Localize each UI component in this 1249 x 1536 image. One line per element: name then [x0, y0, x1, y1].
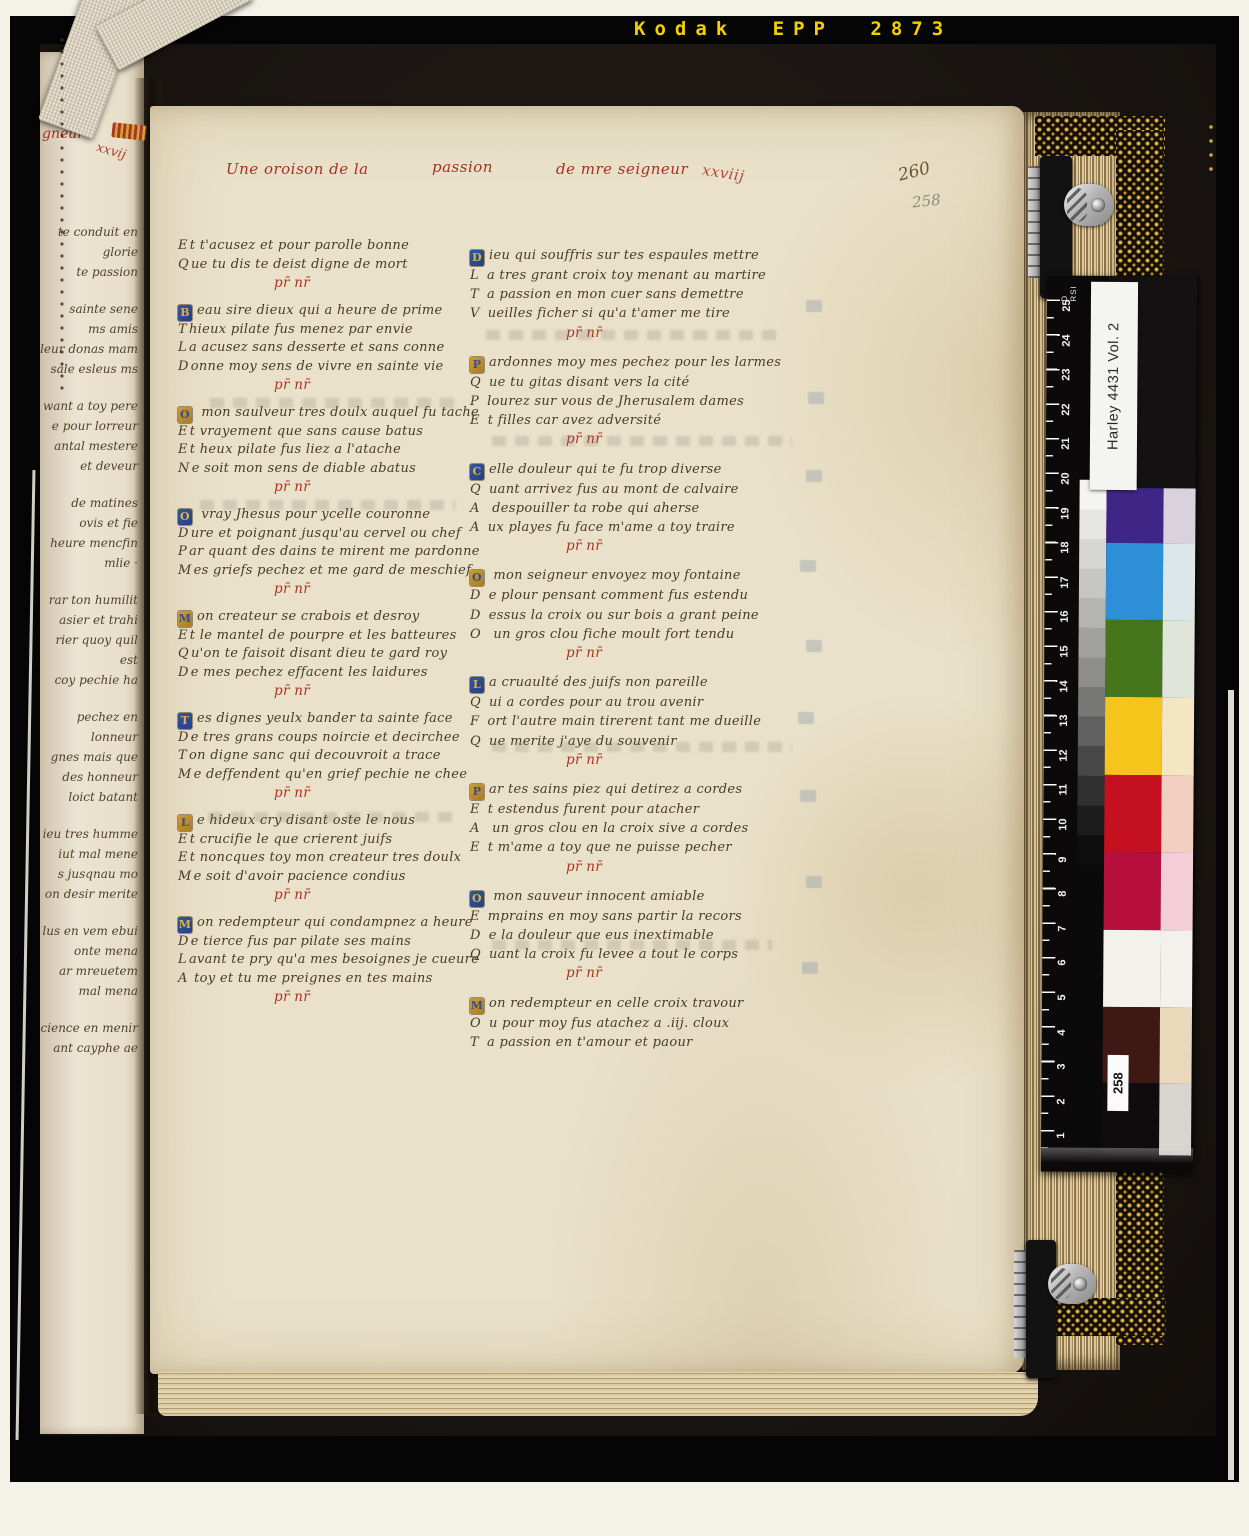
ruler-number: 23 — [1060, 363, 1072, 387]
film-edge-highlight-right — [1228, 690, 1234, 1480]
verse-cap: E — [178, 442, 188, 457]
verse-text: a acusez sans desserte et sans conne — [189, 340, 445, 355]
verse-stanza: La cruaulté des juifs non pareilleQui a … — [470, 673, 830, 770]
showthrough-line — [208, 812, 458, 822]
verse-cap: A — [470, 501, 480, 516]
verse-text: t heux pilate fus liez a l'atache — [190, 442, 401, 457]
color-calibration-bar: D RSI 2524232221201918171615141312111098… — [1041, 275, 1199, 1172]
patch-red — [1104, 775, 1162, 852]
verse-cap: D — [470, 928, 481, 943]
verse-cap: Q — [470, 947, 481, 962]
fragment-line: gnes mais que — [34, 747, 138, 767]
fragment-line: et deveur — [34, 456, 138, 476]
clip-rivet — [1073, 1277, 1087, 1291]
ruler-number: 17 — [1059, 570, 1071, 594]
patch-white — [1160, 930, 1193, 1007]
verse-cap: T — [178, 748, 187, 763]
fragment-line: ieu tres humme — [34, 824, 138, 844]
verse-line: Et vrayement que sans cause batus — [178, 423, 478, 442]
facing-page-text-fragments: te conduit en gloriete passionsainte sen… — [34, 222, 138, 1075]
fragment-group: lus en vem ebuionte menaar mreuetemmal m… — [34, 921, 138, 1001]
fragment-line: e pour lorreur — [34, 416, 138, 436]
verse-stanza: Tes dignes yeulx bander ta sainte faceDe… — [178, 710, 478, 803]
refrain-pater-noster: pr̄ nr̄ — [274, 784, 478, 803]
verse-text: un gros clou fiche moult fort tendu — [489, 627, 734, 642]
verse-text: lourez sur vous de Jherusalem dames — [487, 394, 744, 409]
verse-text: ardonnes moy mes pechez pour les larmes — [489, 355, 781, 370]
verse-cap: M — [178, 869, 192, 884]
ruler-number: 20 — [1060, 467, 1072, 491]
verse-line: Et crucifie le que crierent juifs — [178, 831, 478, 850]
verse-line: Ta passion en mon cuer sans demettre — [470, 285, 830, 304]
verse-line: Dieu qui souffris sur tes espaules mettr… — [470, 246, 830, 266]
verse-line: A despouiller ta robe qui aherse — [470, 499, 830, 518]
showthrough-mark — [800, 560, 816, 572]
verse-text: e tierce fus par pilate ses mains — [191, 934, 411, 949]
showthrough-line — [486, 330, 776, 340]
verse-line: A toy et tu me preignes en tes mains — [178, 970, 478, 989]
verse-cap: D — [178, 359, 189, 374]
verse-text: es griefs pechez et me gard de meschief — [194, 563, 472, 578]
verse-line: Mon redempteur en celle croix travour — [470, 994, 830, 1014]
verse-cap: E — [470, 802, 480, 817]
fragment-group: rar ton humilitasier et trahirier quoy q… — [34, 590, 138, 690]
patch-blue — [1163, 543, 1196, 620]
verse-stanza: O mon saulveur tres doulx auquel fu tach… — [178, 404, 478, 497]
verse-text: e plour pensant comment fus estendu — [489, 588, 748, 603]
illuminated-initial: M — [178, 917, 192, 933]
fragment-line: te conduit en glorie — [34, 222, 138, 262]
refrain-pater-noster: pr̄ nr̄ — [566, 964, 830, 983]
verse-line: Que tu gitas disant vers la cité — [470, 373, 830, 392]
showthrough-mark — [806, 300, 822, 312]
verse-line: Et estendus furent pour atacher — [470, 800, 830, 819]
verse-line: Et le mantel de pourpre et les batteures — [178, 627, 478, 646]
verse-text: avant te pry qu'a mes besoignes je cueur… — [189, 952, 479, 967]
illuminated-initial: C — [470, 464, 484, 480]
verse-line: Tes dignes yeulx bander ta sainte face — [178, 710, 478, 729]
verse-line: Me deffendent qu'en grief pechie ne chee — [178, 766, 478, 785]
verse-text: on redempteur qui condampnez a heure — [197, 915, 473, 930]
fragment-line: ovis et fie — [34, 513, 138, 533]
ruler-number: 5 — [1056, 986, 1068, 1010]
verse-stanza: O mon seigneur envoyez moy fontaineDe pl… — [470, 566, 830, 663]
verse-cap: Q — [470, 734, 481, 749]
patch-crimson — [1161, 852, 1194, 930]
verse-text: on redempteur en celle croix travour — [489, 996, 744, 1011]
verse-line: La acusez sans desserte et sans conne — [178, 339, 478, 358]
verse-line: De tierce fus par pilate ses mains — [178, 933, 478, 952]
fragment-group: te conduit en gloriete passion — [34, 222, 138, 282]
verse-text: e deffendent qu'en grief pechie ne chee — [194, 767, 468, 782]
ruler-number: 2 — [1055, 1089, 1067, 1113]
showthrough-mark — [798, 712, 814, 724]
verse-line: Mon createur se crabois et desroy — [178, 608, 478, 627]
verse-line: Celle douleur qui te fu trop diverse — [470, 460, 830, 480]
refrain-pater-noster: pr̄ nr̄ — [274, 580, 478, 599]
verse-text: mprains en moy sans partir la recors — [488, 909, 742, 924]
fragment-line: onte mena — [34, 941, 138, 961]
verse-line: A un gros clou en la croix sive a cordes — [470, 819, 830, 838]
verse-cap: N — [178, 461, 190, 476]
verse-cap: E — [470, 840, 480, 855]
verse-line: O un gros clou fiche moult fort tendu — [470, 625, 830, 644]
ruler-number: 25 — [1061, 294, 1073, 318]
verse-text: t t'acusez et pour parolle bonne — [190, 238, 409, 253]
verse-cap: A — [470, 821, 480, 836]
verse-text: hieux pilate fus menez par envie — [189, 322, 413, 337]
verse-line: De plour pensant comment fus estendu — [470, 586, 830, 605]
fragment-line: mal mena — [34, 981, 138, 1001]
fragment-group: sainte senems amisleur donas mamsale esl… — [34, 299, 138, 379]
verse-cap: L — [470, 268, 479, 283]
verse-text: u pour moy fus atachez a .iij. cloux — [489, 1016, 729, 1031]
binder-clip-bottom-bar — [1014, 1250, 1026, 1358]
fragment-group: want a toy peree pour lorreurantal meste… — [34, 396, 138, 476]
verse-line: Ou pour moy fus atachez a .iij. cloux — [470, 1014, 830, 1033]
verse-cap: Q — [470, 375, 481, 390]
verse-line: Vueilles ficher si qu'a t'amer me tire — [470, 304, 830, 323]
verse-line: Thieux pilate fus menez par envie — [178, 321, 478, 340]
fragment-line: pechez en lonneur — [34, 707, 138, 747]
pale-patch-column — [1159, 276, 1197, 1155]
verse-text: ui a cordes pour au trou avenir — [489, 695, 703, 710]
ruler-number: 8 — [1057, 882, 1069, 906]
verse-cap: L — [178, 340, 187, 355]
refrain-pater-noster: pr̄ nr̄ — [274, 274, 478, 293]
fragment-line: des honneur — [34, 767, 138, 787]
illuminated-initial: O — [178, 509, 192, 525]
verse-line: Plourez sur vous de Jherusalem dames — [470, 392, 830, 411]
fragment-group: ieu tres hummeiut mal menes jusqnau moon… — [34, 824, 138, 904]
verse-line: Et t'acusez et pour parolle bonne — [178, 237, 478, 256]
refrain-pater-noster: pr̄ nr̄ — [274, 478, 478, 497]
showthrough-mark — [808, 392, 824, 404]
refrain-pater-noster: pr̄ nr̄ — [274, 886, 478, 905]
illuminated-initial: M — [178, 611, 192, 627]
verse-stanza: Mon createur se crabois et desroyEt le m… — [178, 608, 478, 701]
verse-line: Et noncques toy mon createur tres doulx — [178, 849, 478, 868]
verse-text: toy et tu me preignes en tes mains — [190, 971, 433, 986]
verse-cap: Q — [470, 695, 481, 710]
verse-cap: M — [178, 767, 192, 782]
verse-line: O mon sauveur innocent amiable — [470, 887, 830, 907]
verse-cap: P — [178, 544, 187, 559]
manuscript-photo-scene: Kodak EPP 2873 Une oroison de la passion… — [0, 0, 1249, 1536]
verse-text: eau sire dieux qui a heure de prime — [197, 303, 443, 318]
verse-text: un gros clou en la croix sive a cordes — [488, 821, 749, 836]
verse-line: Ne soit mon sens de diable abatus — [178, 460, 478, 479]
verse-text: t noncques toy mon createur tres doulx — [190, 850, 462, 865]
refrain-pater-noster: pr̄ nr̄ — [566, 537, 830, 556]
verse-line: Aux playes fu face m'ame a toy traire — [470, 518, 830, 537]
ruler-number: 9 — [1057, 847, 1069, 871]
verse-line: Dure et poignant jusqu'au cervel ou chef — [178, 525, 478, 544]
verse-line: Par quant des dains te mirent me pardonn… — [178, 543, 478, 562]
verse-stanza: Et t'acusez et pour parolle bonneQue tu … — [178, 237, 478, 293]
verse-line: Fort l'autre main tirerent tant me dueil… — [470, 712, 830, 731]
ruler-number: 7 — [1056, 916, 1068, 940]
ruler-number: 22 — [1060, 397, 1072, 421]
verse-cap: D — [178, 526, 189, 541]
patch-purple — [1163, 488, 1195, 543]
verse-text: a passion en t'amour et paour — [487, 1035, 693, 1050]
ruler-number: 10 — [1057, 813, 1069, 837]
clip-rivet — [1091, 198, 1105, 212]
verse-line: Mes griefs pechez et me gard de meschief — [178, 562, 478, 581]
verse-stanza: O vray Jhesus pour ycelle couronneDure e… — [178, 506, 478, 599]
patch-white — [1103, 930, 1161, 1007]
verse-text: ux playes fu face m'ame a toy traire — [488, 520, 735, 535]
verse-cap: E — [178, 424, 188, 439]
verse-text: on createur se crabois et desroy — [197, 609, 419, 624]
verse-text: a cruaulté des juifs non pareille — [489, 675, 708, 690]
ruler-number: 16 — [1059, 605, 1071, 629]
verse-cap: F — [470, 714, 479, 729]
fragment-line: ar mreuetem — [34, 961, 138, 981]
fragment-line: ms amis — [34, 319, 138, 339]
verse-cap: O — [470, 1016, 481, 1031]
showthrough-mark — [802, 962, 818, 974]
showthrough-mark — [806, 876, 822, 888]
fragment-line: asier et trahi — [34, 610, 138, 630]
verse-text: t crucifie le que crierent juifs — [190, 832, 393, 847]
verse-line: Qui a cordes pour au trou avenir — [470, 693, 830, 712]
verse-cap: E — [178, 850, 188, 865]
verse-cap: L — [178, 952, 187, 967]
verse-text: ort l'autre main tirerent tant me dueill… — [487, 714, 761, 729]
verse-text: essus la croix ou sur bois a grant peine — [489, 608, 759, 623]
verse-line: La cruaulté des juifs non pareille — [470, 673, 830, 693]
verse-text: ue tu dis te deist digne de mort — [191, 257, 408, 272]
verse-text: ieu qui souffris sur tes espaules mettre — [489, 248, 759, 263]
verse-line: De mes pechez effacent les laidures — [178, 664, 478, 683]
verse-text: mon sauveur innocent amiable — [489, 889, 705, 904]
fragment-line: coy pechie ha — [34, 670, 138, 690]
verse-cap: E — [178, 238, 188, 253]
fragment-group: pechez en lonneurgnes mais quedes honneu… — [34, 707, 138, 807]
verse-text: e tres grans coups noircie et decirchee — [191, 730, 460, 745]
fragment-group: de matinesovis et fieheure mencfinmlie · — [34, 493, 138, 573]
verse-line: Ton digne sanc qui decouvroit a trace — [178, 747, 478, 766]
verse-cap: D — [470, 588, 481, 603]
verse-cap: E — [178, 628, 188, 643]
verse-cap: A — [470, 520, 480, 535]
verse-text: e mes pechez effacent les laidures — [191, 665, 428, 680]
bar-gloss-reflection — [1041, 1147, 1193, 1162]
verse-text: elle douleur qui te fu trop diverse — [489, 462, 722, 477]
patch-black — [1159, 1083, 1192, 1155]
verse-cap: E — [178, 832, 188, 847]
verse-line: Pardonnes moy mes pechez pour les larmes — [470, 353, 830, 373]
clip-handle-texture — [1051, 1268, 1071, 1300]
verse-text: despouiller ta robe qui aherse — [488, 501, 700, 516]
showthrough-line — [492, 742, 792, 752]
verse-line: Et m'ame a toy que ne puisse pecher — [470, 838, 830, 857]
verse-text: t vrayement que sans cause batus — [190, 424, 423, 439]
fragment-line: rar ton humilit — [34, 590, 138, 610]
illuminated-initial: L — [470, 677, 484, 693]
verse-cap: T — [470, 1035, 479, 1050]
fragment-line: rier quoy quil est — [34, 630, 138, 670]
ruler-number: 6 — [1056, 951, 1068, 975]
gold-specks — [1206, 120, 1216, 178]
ruler-number: 19 — [1059, 501, 1071, 525]
verse-line: Et filles car avez adversité — [470, 411, 830, 430]
fragment-line: mlie · — [34, 553, 138, 573]
illuminated-initial: P — [470, 784, 484, 800]
illuminated-initial: L — [178, 815, 192, 831]
verse-text: on digne sanc qui decouvroit a trace — [189, 748, 441, 763]
verse-cap: V — [470, 306, 480, 321]
verse-line: La tres grant croix toy menant au martir… — [470, 266, 830, 285]
ruler-number: 11 — [1057, 778, 1069, 802]
verse-text: ar tes sains piez qui detirez a cordes — [489, 782, 742, 797]
ruler-number: 18 — [1059, 536, 1071, 560]
ruler-number: 3 — [1056, 1055, 1068, 1079]
folio-number-pencil: 258 — [911, 191, 941, 212]
ruler-number: 14 — [1058, 674, 1070, 698]
patch-green — [1105, 620, 1163, 697]
binder-clip-top-handle — [1064, 184, 1114, 226]
verse-text: mon seigneur envoyez moy fontaine — [489, 568, 741, 583]
verse-text: t le mantel de pourpre et les batteures — [190, 628, 457, 643]
patch-crimson — [1104, 852, 1162, 930]
illuminated-initial: M — [470, 998, 484, 1014]
verse-text: t estendus furent pour atacher — [488, 802, 699, 817]
ruler-number: 13 — [1058, 709, 1070, 733]
verse-text: t m'ame a toy que ne puisse pecher — [488, 840, 732, 855]
refrain-pater-noster: pr̄ nr̄ — [566, 644, 830, 663]
verse-text: es dignes yeulx bander ta sainte face — [197, 711, 453, 726]
fragment-line: loict batant — [34, 787, 138, 807]
ruler-number: 12 — [1058, 743, 1070, 767]
patch-blue — [1106, 543, 1164, 620]
film-stock-label: Kodak EPP 2873 — [634, 18, 952, 40]
verse-text: e soit d'avoir pacience condius — [194, 869, 406, 884]
pricking-holes — [57, 34, 67, 390]
patch-yellow — [1105, 697, 1163, 775]
rubric-part1: Une oroison de la — [226, 160, 369, 178]
verse-cap: A — [178, 971, 188, 986]
verse-column-left: Et t'acusez et pour parolle bonneQue tu … — [178, 237, 478, 1016]
ruler-number: 21 — [1060, 432, 1072, 456]
fragment-line: cience en menir — [34, 1018, 138, 1038]
fragment-line: de matines — [34, 493, 138, 513]
verse-text: a passion en mon cuer sans demettre — [487, 287, 744, 302]
verse-text: u'on te faisoit disant dieu te gard roy — [191, 646, 447, 661]
verse-cap: Q — [178, 646, 189, 661]
showthrough-line — [492, 436, 792, 446]
verse-line: De tres grans coups noircie et decirchee — [178, 729, 478, 748]
illuminated-initial: D — [470, 250, 484, 266]
verse-stanza: Le hideux cry disant oste le nousEt cruc… — [178, 812, 478, 905]
verse-cap: E — [470, 909, 480, 924]
ruler-number: 1 — [1055, 1124, 1067, 1148]
verse-cap: D — [178, 730, 189, 745]
verse-line: Donne moy sens de vivre en sainte vie — [178, 358, 478, 377]
illuminated-initial: B — [178, 305, 192, 321]
fragment-line: s jusqnau mo — [34, 864, 138, 884]
verse-text: uant arrivez fus au mont de calvaire — [489, 482, 739, 497]
verse-text: ar quant des dains te mirent me pardonne — [189, 544, 480, 559]
verse-line: Ta passion en t'amour et paour — [470, 1033, 830, 1052]
fragment-line: sale esleus ms — [34, 359, 138, 379]
illuminated-initial: T — [178, 713, 192, 729]
verse-line: Me soit d'avoir pacience condius — [178, 868, 478, 887]
verse-cap: Q — [470, 482, 481, 497]
verse-stanza: Beau sire dieux qui a heure de primeThie… — [178, 302, 478, 395]
patch-yellow — [1162, 697, 1195, 775]
fragment-line: want a toy pere — [34, 396, 138, 416]
verse-stanza: O mon sauveur innocent amiableEmprains e… — [470, 887, 830, 984]
bar-folio-label: 258 — [1107, 1055, 1128, 1111]
clip-handle-texture — [1067, 188, 1087, 222]
verse-cap: E — [470, 413, 480, 428]
binder-clip-bottom-handle — [1048, 1264, 1096, 1304]
verse-line: Qu'on te faisoit disant dieu te gard roy — [178, 645, 478, 664]
refrain-pater-noster: pr̄ nr̄ — [274, 376, 478, 395]
verse-stanza: Dieu qui souffris sur tes espaules mettr… — [470, 246, 830, 343]
verse-line: Emprains en moy sans partir la recors — [470, 907, 830, 926]
illuminated-initial: O — [470, 891, 484, 907]
showthrough-mark — [806, 470, 822, 482]
fragment-line: on desir merite — [34, 884, 138, 904]
verse-line: O mon seigneur envoyez moy fontaine — [470, 566, 830, 586]
illuminated-initial: O — [470, 570, 484, 586]
verse-text: ue tu gitas disant vers la cité — [489, 375, 690, 390]
verse-line: Et heux pilate fus liez a l'atache — [178, 441, 478, 460]
rubric-part2: passion — [432, 158, 493, 176]
patch-green — [1162, 620, 1195, 697]
verse-cap: T — [470, 287, 479, 302]
illuminated-initial: P — [470, 357, 484, 373]
verse-cap: D — [178, 665, 189, 680]
showthrough-line — [200, 500, 455, 510]
verse-cap: T — [178, 322, 187, 337]
verse-cap: O — [470, 627, 481, 642]
patch-black-top — [1164, 276, 1197, 488]
shelfmark-label: Harley 4431 Vol. 2 — [1090, 282, 1138, 490]
refrain-pater-noster: pr̄ nr̄ — [274, 682, 478, 701]
ruler-number: 15 — [1058, 640, 1070, 664]
verse-stanza: Mon redempteur qui condampnez a heureDe … — [178, 914, 478, 1007]
verse-text: a tres grant croix toy menant au martire — [487, 268, 766, 283]
verse-text: onne moy sens de vivre en sainte vie — [191, 359, 444, 374]
verse-line: Que tu dis te deist digne de mort — [178, 256, 478, 275]
binder-clip-bottom — [1026, 1240, 1056, 1378]
showthrough-mark — [800, 790, 816, 802]
verse-stanza: Mon redempteur en celle croix travourOu … — [470, 994, 830, 1052]
illuminated-initial: O — [178, 407, 192, 423]
refrain-pater-noster: pr̄ nr̄ — [566, 858, 830, 877]
showthrough-line — [210, 398, 460, 408]
verse-cap: Q — [178, 257, 189, 272]
fragment-line: leur donas mam — [34, 339, 138, 359]
fragment-group: cience en menirant cayphe ae — [34, 1018, 138, 1058]
verse-line: Par tes sains piez qui detirez a cordes — [470, 780, 830, 800]
verse-cap: M — [178, 563, 192, 578]
verse-text: ueilles ficher si qu'a t'amer me tire — [488, 306, 730, 321]
bar-folio-label-text: 258 — [1107, 1055, 1128, 1111]
verse-line: Mon redempteur qui condampnez a heure — [178, 914, 478, 933]
shelfmark-label-text: Harley 4431 Vol. 2 — [1090, 282, 1138, 490]
ruler-number: 4 — [1056, 1020, 1068, 1044]
refrain-pater-noster: pr̄ nr̄ — [274, 988, 478, 1007]
fragment-line: te passion — [34, 262, 138, 282]
verse-text: ure et poignant jusqu'au cervel ou chef — [191, 526, 461, 541]
rubric-part3: de mre seigneur — [556, 160, 688, 178]
